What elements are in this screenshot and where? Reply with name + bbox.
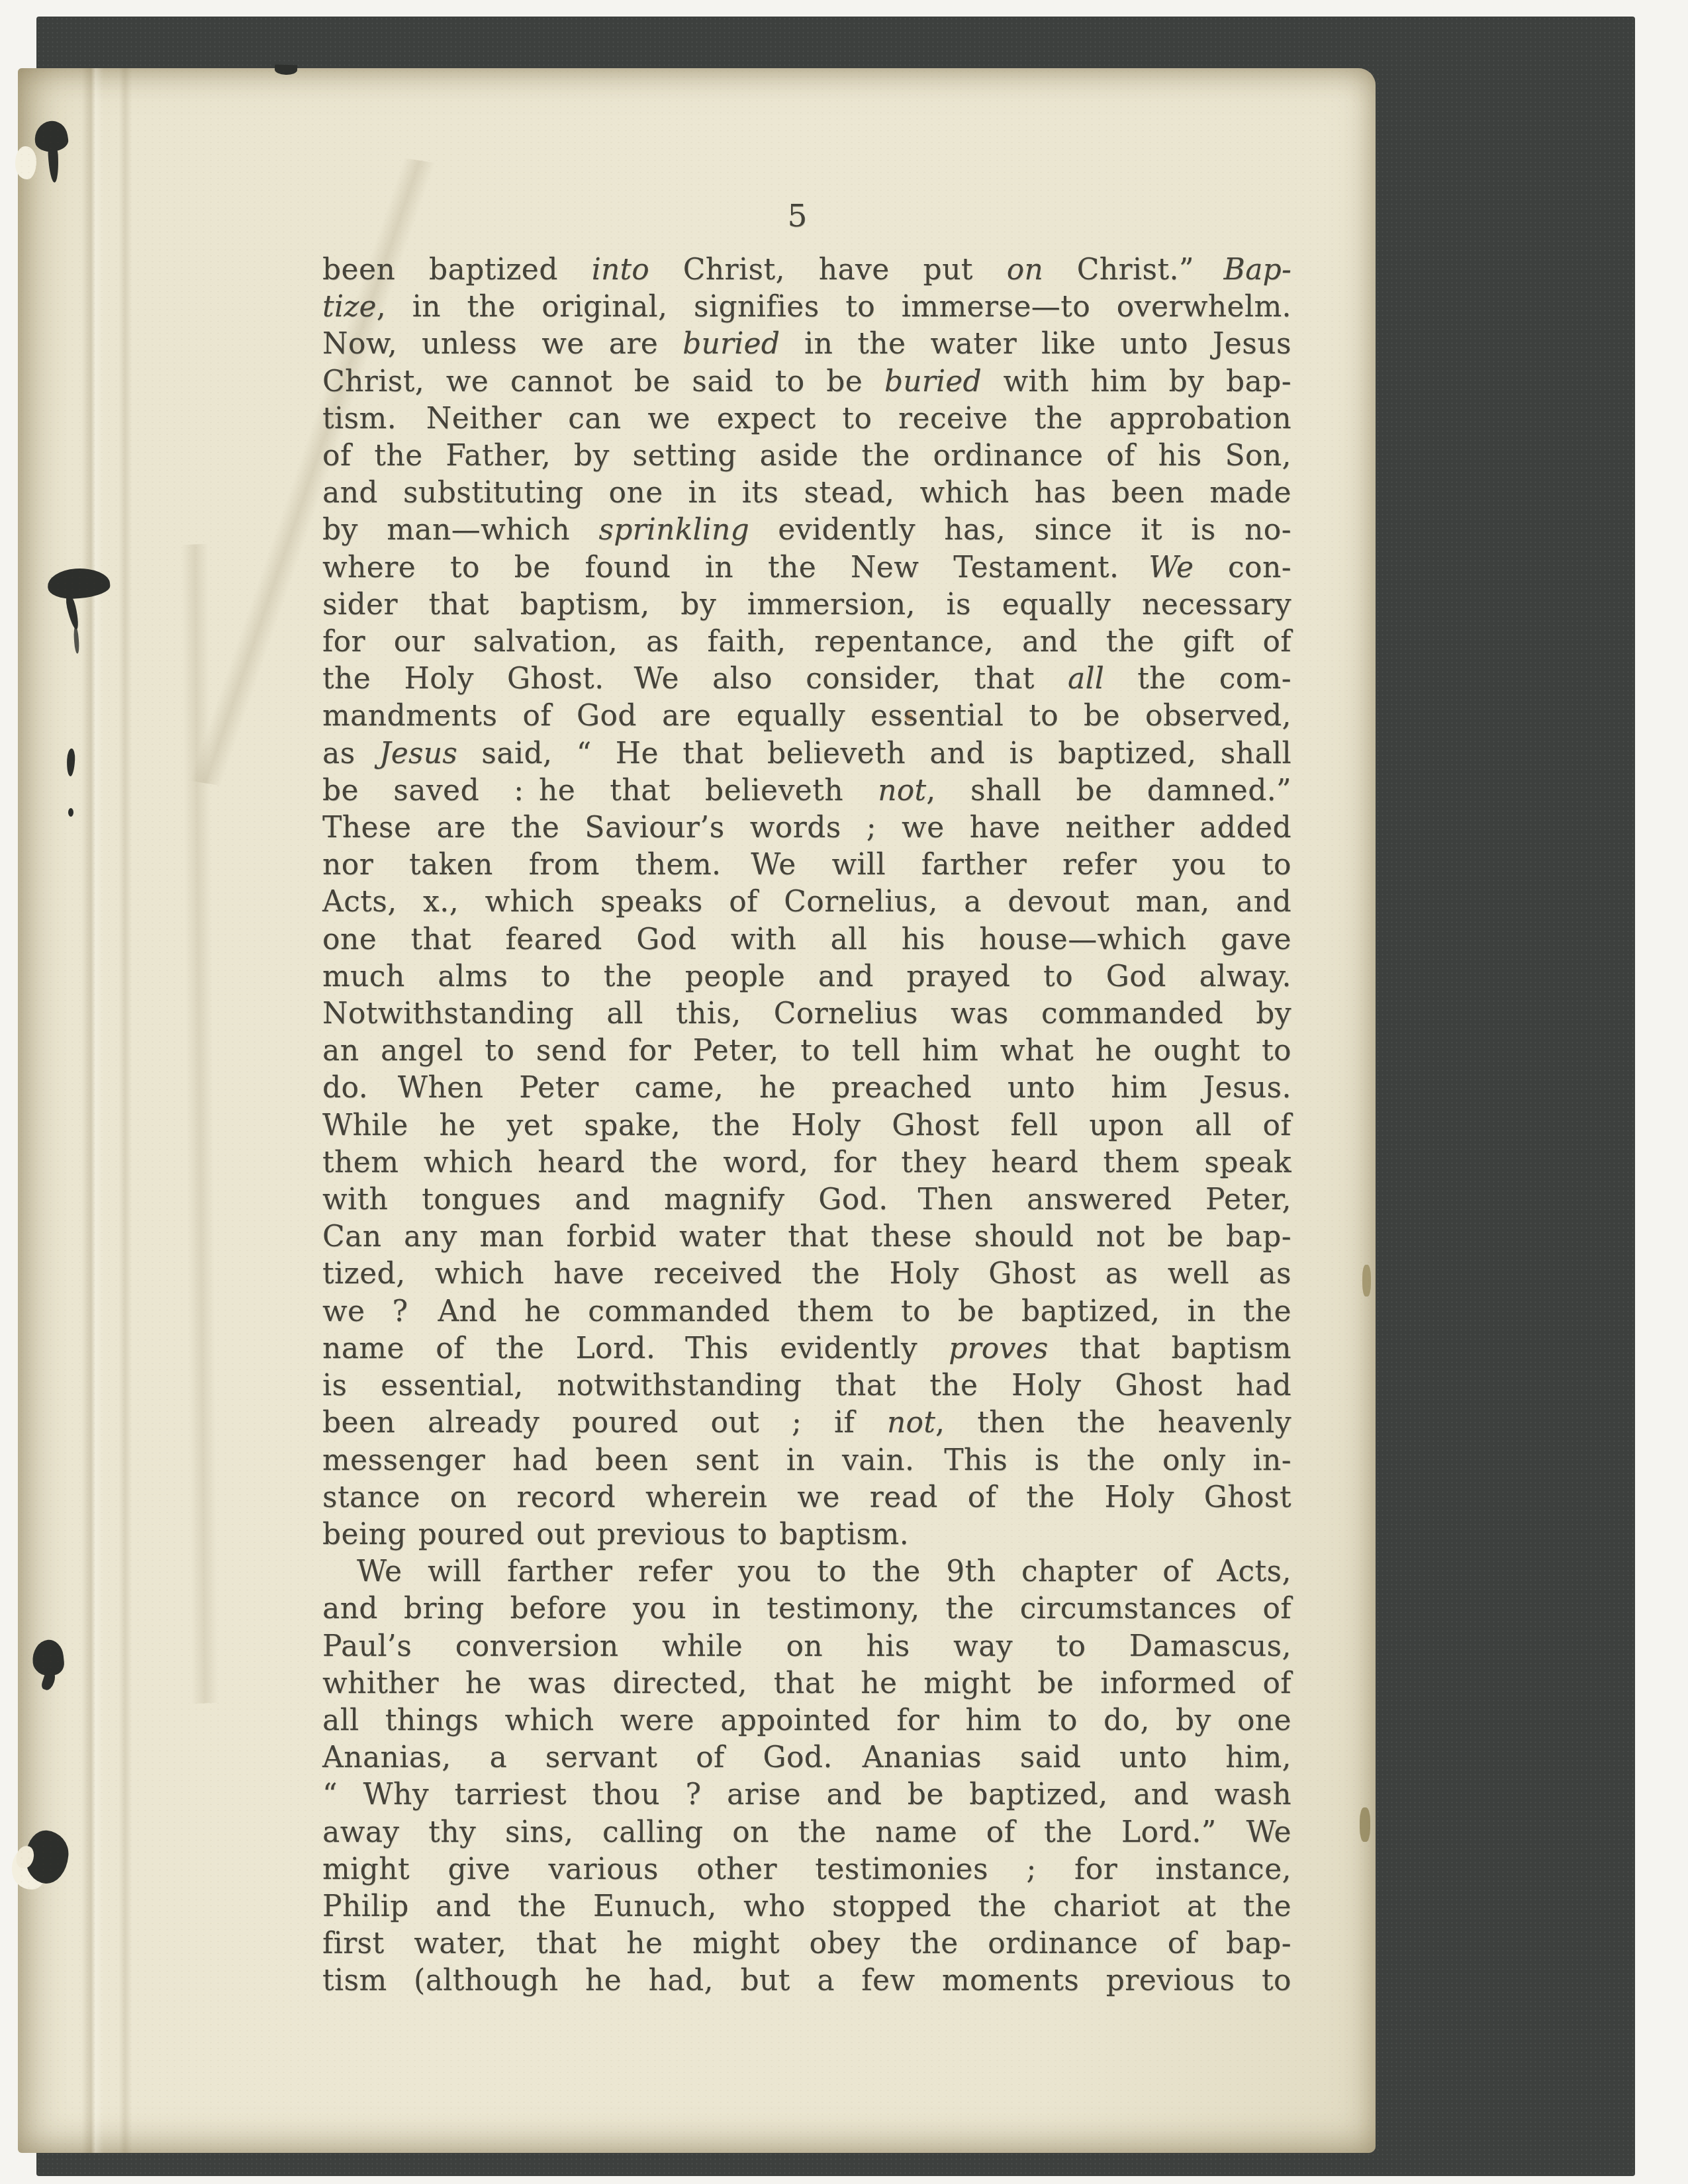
binding-crease-line	[81, 68, 104, 2153]
text-run: and bring before you in testimony, the c…	[322, 1592, 1291, 1625]
italic-text-run: buried	[884, 365, 982, 398]
paper-tear-mark	[15, 146, 36, 179]
text-line: We will farther refer you to the 9th cha…	[322, 1553, 1291, 1590]
text-run: with him by bap-	[982, 365, 1291, 398]
text-run: name of the Lord. This evidently	[322, 1332, 949, 1365]
text-line: tized, which have received the Holy Ghos…	[322, 1255, 1291, 1293]
text-line: is essential, notwithstanding that the H…	[322, 1367, 1291, 1404]
text-run: These are the Saviour’s words ; we have …	[322, 811, 1291, 844]
italic-text-run: Bap-	[1224, 253, 1291, 287]
text-line: do. When Peter came, he preached unto hi…	[322, 1069, 1291, 1107]
text-line: While he yet spake, the Holy Ghost fell …	[322, 1107, 1291, 1144]
text-run: and substituting one in its stead, which…	[322, 476, 1291, 510]
text-line: be saved : he that believeth not, shall …	[322, 772, 1291, 809]
text-run: first water, that he might obey the ordi…	[322, 1927, 1291, 1960]
text-run: an angel to send for Peter, to tell him …	[322, 1034, 1291, 1068]
text-line: tize, in the original, signifies to imme…	[322, 289, 1291, 326]
text-run: mandments of God are equally essential t…	[322, 699, 1291, 733]
text-run: said, “ He that believeth and is baptize…	[457, 737, 1291, 770]
text-run: While he yet spake, the Holy Ghost fell …	[322, 1109, 1291, 1142]
text-line: sider that baptism, by immersion, is equ…	[322, 586, 1291, 623]
text-run: Christ.”	[1043, 253, 1224, 287]
text-line: Christ, we cannot be said to be buried w…	[322, 363, 1291, 400]
text-run: by man—which	[322, 513, 598, 547]
text-run: do. When Peter came, he preached unto hi…	[322, 1071, 1291, 1105]
text-line: tism. Neither can we expect to receive t…	[322, 400, 1291, 437]
text-run: Can any man forbid water that these shou…	[322, 1220, 1291, 1253]
text-line: name of the Lord. This evidently proves …	[322, 1330, 1291, 1367]
text-line: of the Father, by setting aside the ordi…	[322, 437, 1291, 475]
text-run: stance on record wherein we read of the …	[322, 1480, 1291, 1514]
text-run: away thy sins, calling on the name of th…	[322, 1815, 1291, 1849]
text-line: mandments of God are equally essential t…	[322, 698, 1291, 735]
text-run: is essential, notwithstanding that the H…	[322, 1369, 1291, 1402]
text-line: messenger had been sent in vain. This is…	[322, 1442, 1291, 1479]
text-line: Ananias, a servant of God. Ananias said …	[322, 1739, 1291, 1776]
page-edge-nick	[1360, 1807, 1370, 1842]
page-number: 5	[718, 198, 877, 234]
text-run: Now, unless we are	[322, 327, 682, 361]
text-line: Can any man forbid water that these shou…	[322, 1218, 1291, 1255]
text-run: nor taken from them. We will farther ref…	[322, 848, 1291, 882]
text-line: These are the Saviour’s words ; we have …	[322, 809, 1291, 846]
text-run: , in the original, signifies to immerse—…	[377, 290, 1291, 324]
text-line: nor taken from them. We will farther ref…	[322, 846, 1291, 884]
text-line: been already poured out ; if not, then t…	[322, 1404, 1291, 1441]
binding-crease-line	[118, 68, 132, 2153]
italic-text-run: all	[1068, 662, 1104, 696]
text-run: Christ, have put	[649, 253, 1007, 287]
text-line: and bring before you in testimony, the c…	[322, 1590, 1291, 1627]
body-text: been baptized into Christ, have put on C…	[322, 251, 1291, 2000]
text-run: We will farther refer you to the 9th cha…	[357, 1555, 1291, 1588]
text-line: an angel to send for Peter, to tell him …	[322, 1032, 1291, 1069]
text-run: been already poured out ; if	[322, 1406, 887, 1439]
text-run: might give various other testimonies ; f…	[322, 1852, 1291, 1886]
text-line: “ Why tarriest thou ? arise and be bapti…	[322, 1776, 1291, 1813]
text-line: where to be found in the New Testament. …	[322, 549, 1291, 586]
italic-text-run: sprinkling	[598, 513, 749, 547]
text-line: the Holy Ghost. We also consider, that a…	[322, 660, 1291, 698]
text-run: as	[322, 737, 379, 770]
text-run: in the water like unto Jesus	[780, 327, 1291, 361]
text-line: Paul’s conversion while on his way to Da…	[322, 1628, 1291, 1665]
italic-text-run: tize	[322, 290, 377, 324]
text-line: much alms to the people and prayed to Go…	[322, 958, 1291, 995]
book-page: 5 been baptized into Christ, have put on…	[18, 68, 1376, 2153]
text-line: we ? And he commanded them to be baptize…	[322, 1293, 1291, 1330]
text-line: them which heard the word, for they hear…	[322, 1144, 1291, 1181]
text-line: Notwithstanding all this, Cornelius was …	[322, 995, 1291, 1032]
text-run: sider that baptism, by immersion, is equ…	[322, 588, 1291, 621]
italic-text-run: into	[592, 253, 649, 287]
text-line: first water, that he might obey the ordi…	[322, 1925, 1291, 1962]
text-run: much alms to the people and prayed to Go…	[322, 960, 1291, 993]
text-line: as Jesus said, “ He that believeth and i…	[322, 735, 1291, 772]
italic-text-run: buried	[682, 327, 780, 361]
text-run: the com-	[1104, 662, 1291, 696]
text-line: whither he was directed, that he might b…	[322, 1665, 1291, 1702]
text-run: whither he was directed, that he might b…	[322, 1666, 1291, 1700]
text-line: one that feared God with all his house—w…	[322, 921, 1291, 958]
text-line: all things which were appointed for him …	[322, 1702, 1291, 1739]
text-run: that baptism	[1049, 1332, 1291, 1365]
italic-text-run: not	[887, 1406, 935, 1439]
text-line: being poured out previous to baptism.	[322, 1516, 1291, 1553]
binding-ink-blob	[32, 118, 70, 154]
text-run: been baptized	[322, 253, 592, 287]
text-run: with tongues and magnify God. Then answe…	[322, 1183, 1291, 1216]
text-run: , shall be damned.”	[926, 774, 1291, 807]
text-line: might give various other testimonies ; f…	[322, 1851, 1291, 1888]
text-run: be saved : he that believeth	[322, 774, 878, 807]
text-run: of the Father, by setting aside the ordi…	[322, 439, 1291, 473]
text-run: where to be found in the New Testament.	[322, 551, 1149, 584]
italic-text-run: We	[1149, 551, 1194, 584]
text-run: “ Why tarriest thou ? arise and be bapti…	[322, 1778, 1291, 1811]
text-run: Acts, x., which speaks of Cornelius, a d…	[322, 885, 1291, 919]
text-run: Christ, we cannot be said to be	[322, 365, 884, 398]
text-line: Acts, x., which speaks of Cornelius, a d…	[322, 884, 1291, 921]
text-run: the Holy Ghost. We also consider, that	[322, 662, 1068, 696]
text-run: one that feared God with all his house—w…	[322, 923, 1291, 956]
text-run: Notwithstanding all this, Cornelius was …	[322, 997, 1291, 1030]
text-run: messenger had been sent in vain. This is…	[322, 1443, 1291, 1477]
scanned-book-page: { "scan": { "canvas_color": "#f5f4f0", "…	[0, 0, 1688, 2184]
text-run: con-	[1194, 551, 1291, 584]
text-run: Philip and the Eunuch, who stopped the c…	[322, 1889, 1291, 1923]
text-line: been baptized into Christ, have put on C…	[322, 251, 1291, 289]
text-run: tism (although he had, but a few moments…	[322, 1964, 1291, 1997]
text-line: Now, unless we are buried in the water l…	[322, 326, 1291, 363]
text-run: we ? And he commanded them to be baptize…	[322, 1295, 1291, 1328]
text-run: Paul’s conversion while on his way to Da…	[322, 1629, 1291, 1663]
paper-crease-line	[82, 541, 318, 1707]
text-line: for our salvation, as faith, repentance,…	[322, 623, 1291, 660]
text-run: them which heard the word, for they hear…	[322, 1146, 1291, 1179]
page-edge-nick	[1362, 1265, 1371, 1297]
text-run: tism. Neither can we expect to receive t…	[322, 402, 1291, 435]
text-run: for our salvation, as faith, repentance,…	[322, 625, 1291, 659]
italic-text-run: on	[1007, 253, 1043, 287]
text-line: with tongues and magnify God. Then answe…	[322, 1181, 1291, 1218]
italic-text-run: Jesus	[379, 737, 457, 770]
text-line: by man—which sprinkling evidently has, s…	[322, 512, 1291, 549]
binding-ink-dot	[68, 808, 73, 817]
italic-text-run: not	[878, 774, 926, 807]
text-line: tism (although he had, but a few moments…	[322, 1962, 1291, 1999]
binding-ink-blob	[30, 1639, 65, 1678]
binding-ink-mark	[66, 749, 75, 777]
binding-ink-blob	[47, 567, 111, 600]
text-line: and substituting one in its stead, which…	[322, 475, 1291, 512]
text-run: all things which were appointed for him …	[322, 1704, 1291, 1737]
text-line: Philip and the Eunuch, who stopped the c…	[322, 1888, 1291, 1925]
text-line: away thy sins, calling on the name of th…	[322, 1814, 1291, 1851]
page-edge-notch	[275, 64, 298, 75]
italic-text-run: proves	[949, 1332, 1048, 1365]
text-run: Ananias, a servant of God. Ananias said …	[322, 1741, 1291, 1774]
text-run: evidently has, since it is no-	[749, 513, 1291, 547]
text-run: , then the heavenly	[935, 1406, 1291, 1439]
text-line: stance on record wherein we read of the …	[322, 1479, 1291, 1516]
text-run: being poured out previous to baptism.	[322, 1518, 909, 1551]
text-run: tized, which have received the Holy Ghos…	[322, 1257, 1291, 1291]
